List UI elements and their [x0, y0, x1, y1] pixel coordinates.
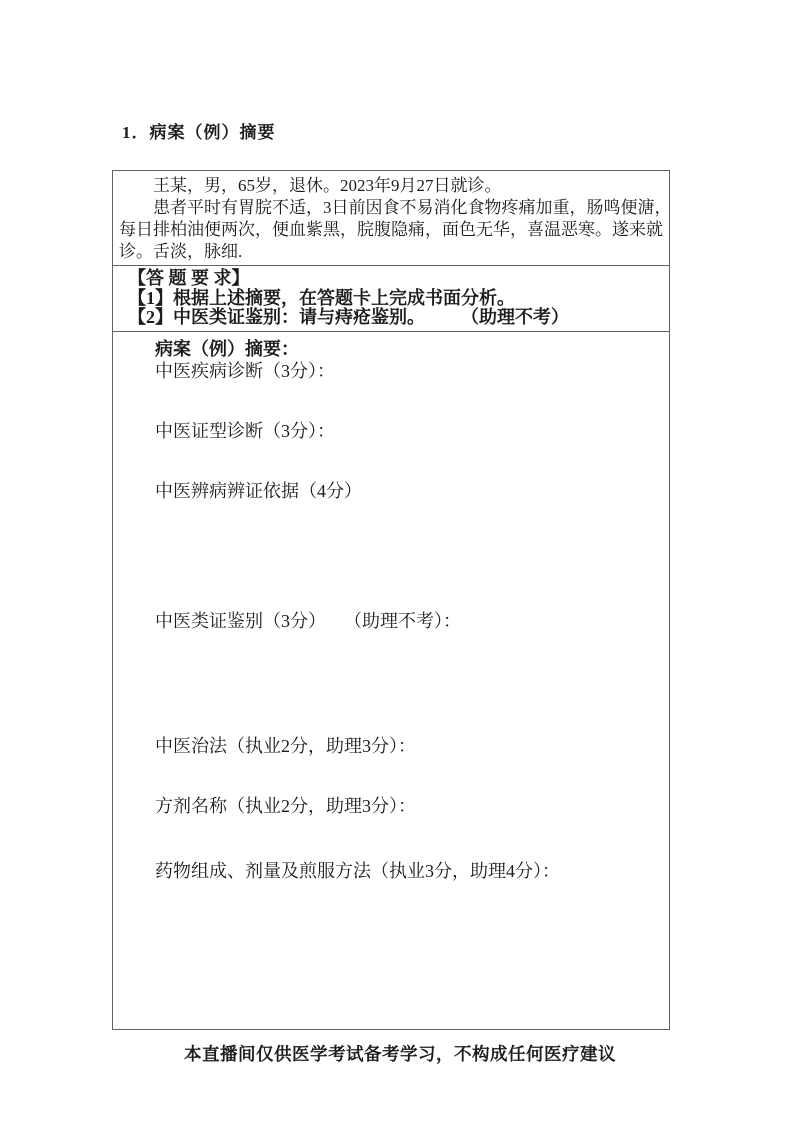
prompt-disease-diagnosis: 中医疾病诊断（3分）：: [155, 360, 659, 382]
case-summary-row: 王某，男，65岁，退休。2023年9月27日就诊。 患者平时有胃脘不适，3日前因…: [113, 171, 669, 265]
answer-sheet-row: 病案（例）摘要： 中医疾病诊断（3分）： 中医证型诊断（3分）： 中医辨病辨证依…: [113, 331, 669, 1029]
requirement-item-2: 【2】中医类证鉴别：请与痔疮鉴别。 （助理不考）: [128, 308, 659, 328]
case-summary-line: 王某，男，65岁，退休。2023年9月27日就诊。: [119, 175, 663, 197]
answer-sheet-heading: 病案（例）摘要：: [155, 338, 659, 360]
case-summary-line: 患者平时有胃脘不适，3日前因食不易消化食物疼痛加重，肠鸣便溏，: [119, 197, 663, 219]
answer-requirements-row: 【答 题 要 求】 【1】根据上述摘要，在答题卡上完成书面分析。 【2】中医类证…: [113, 265, 669, 331]
prompt-syndrome-diagnosis: 中医证型诊断（3分）：: [155, 420, 659, 442]
prompt-analogous-syndrome-differentiation: 中医类证鉴别（3分） （助理不考）：: [155, 610, 659, 632]
prompt-treatment-method: 中医治法（执业2分，助理3分）：: [155, 735, 659, 757]
prompt-differentiation-basis: 中医辨病辨证依据（4分）: [155, 480, 659, 502]
page-title: 1．病案（例）摘要: [122, 118, 276, 143]
requirement-item-1: 【1】根据上述摘要，在答题卡上完成书面分析。: [128, 289, 659, 309]
case-summary-line: 每日排柏油便两次，便血紫黑，脘腹隐痛，面色无华，喜温恶寒。遂来就: [119, 219, 663, 241]
case-summary-line: 诊。舌淡，脉细.: [119, 241, 663, 263]
case-table: 王某，男，65岁，退休。2023年9月27日就诊。 患者平时有胃脘不适，3日前因…: [112, 170, 670, 1030]
requirements-heading: 【答 题 要 求】: [128, 269, 659, 289]
disclaimer-text: 本直播间仅供医学考试备考学习，不构成任何医疗建议: [0, 1041, 800, 1066]
prompt-composition-dosage-method: 药物组成、剂量及煎服方法（执业3分，助理4分）：: [155, 860, 659, 882]
prompt-formula-name: 方剂名称（执业2分，助理3分）：: [155, 795, 659, 817]
